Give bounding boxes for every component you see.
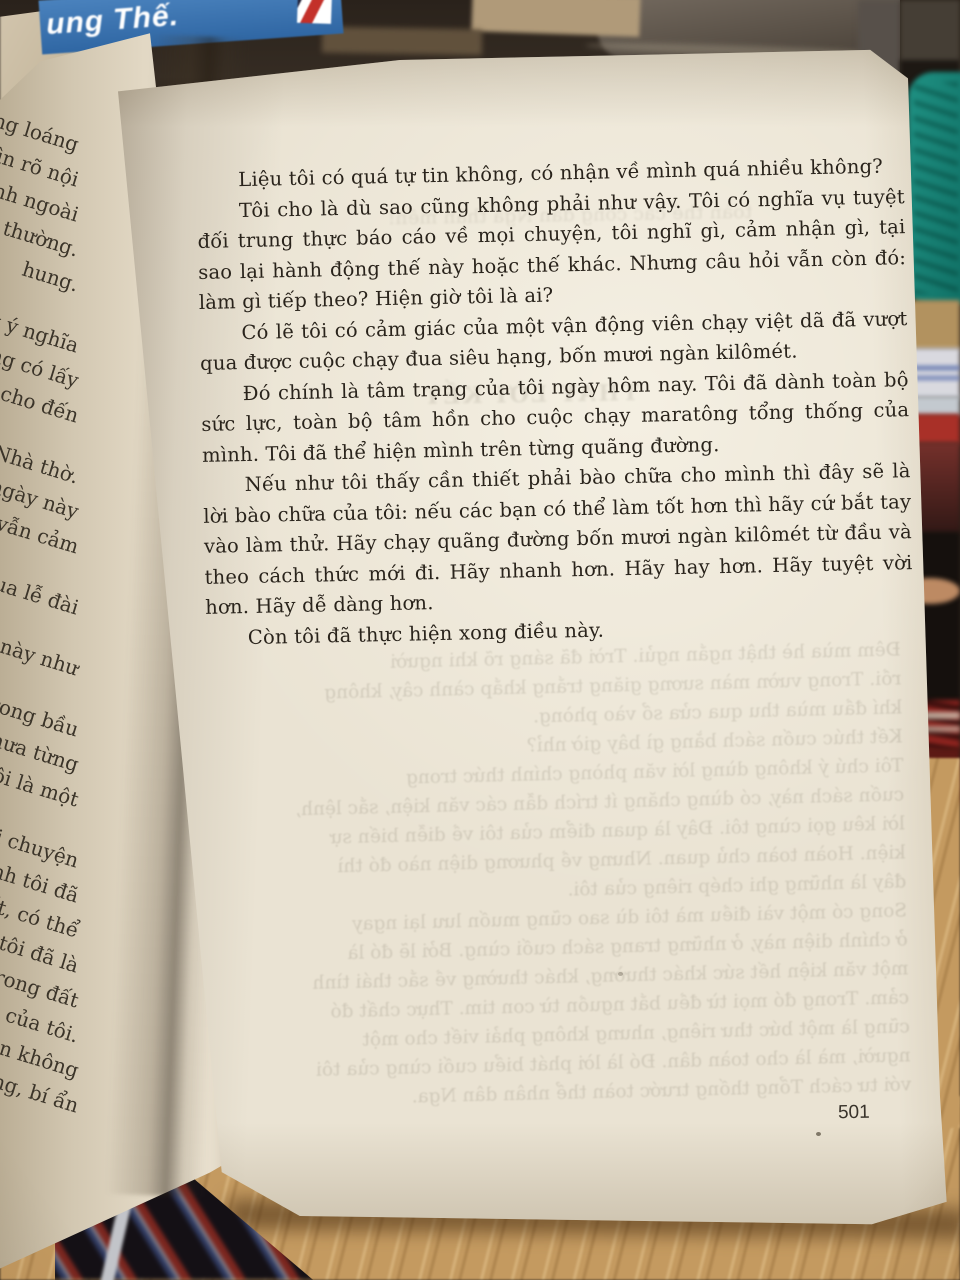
main-text: Liệu tôi có quá tự tin không, có nhận về… <box>196 151 914 654</box>
dust-speck <box>816 1132 821 1136</box>
publisher-logo-icon <box>297 0 332 24</box>
dust-speck <box>618 972 623 976</box>
page-number: 501 <box>838 1102 870 1125</box>
teal-object <box>908 72 960 304</box>
show-through-text: Đêm mùa hè thật ngắn ngủi. Trời đã sáng … <box>188 635 911 1116</box>
paragraph: Tôi cho là dù sao cũng không phải như vậ… <box>197 182 907 319</box>
shelf-streak <box>322 27 482 56</box>
paragraph: Đó chính là tâm trạng của tôi ngày hôm n… <box>200 365 910 471</box>
book-photo: ung Thế. ang loánghìn rõ nộiình ngoàih t… <box>0 0 960 1280</box>
teal-texture <box>914 82 958 294</box>
book-pages-edge <box>471 0 640 37</box>
right-page: toàn thể các công dân Nga thân mến! THAY… <box>110 44 950 1229</box>
paragraph: Nếu như tôi thấy cần thiết phải bào chữa… <box>202 456 913 623</box>
left-page-text-fragments: ang loánghìn rõ nộiình ngoàih thường.hun… <box>0 128 78 1124</box>
